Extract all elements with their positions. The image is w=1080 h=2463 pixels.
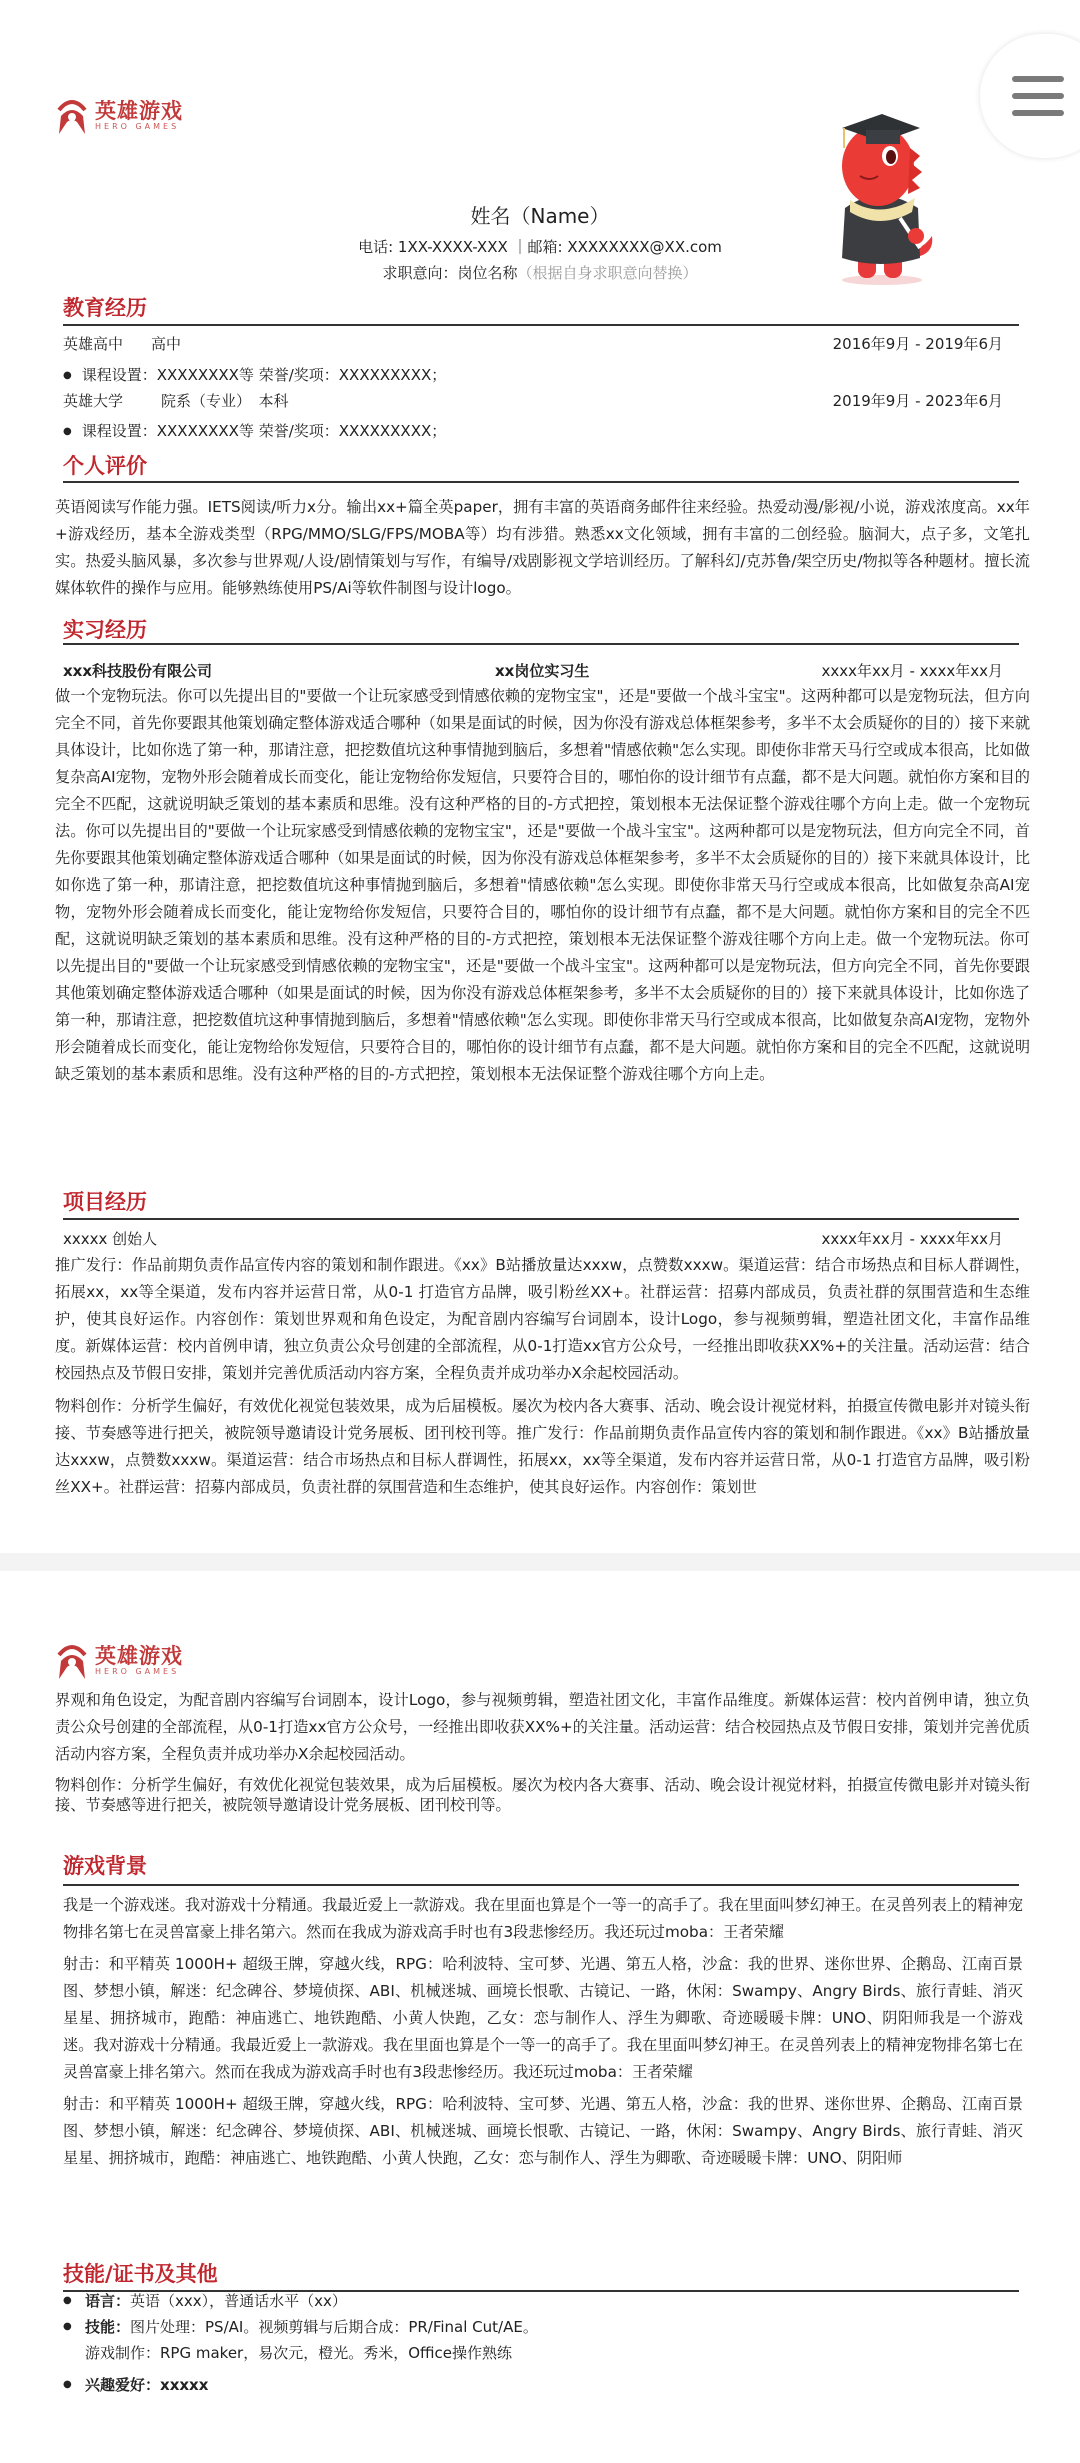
section-title-skills: 技能/证书及其他	[63, 2258, 218, 2288]
section-divider	[63, 324, 1019, 326]
hobby-value: xxxxx	[160, 2374, 208, 2396]
section-title-internship: 实习经历	[63, 614, 147, 644]
project-description-continued: 界观和角色设定，为配音剧内容编写台词剧本，设计Logo，参与视频剪辑，塑造社团文…	[55, 1687, 1030, 1768]
brand-name-en: HERO GAMES	[95, 1667, 183, 1677]
section-title-game-background: 游戏背景	[63, 1850, 147, 1880]
bullet-icon: ●	[63, 2290, 85, 2312]
job-intent-hint: （根据自身求职意向替换）	[518, 264, 698, 282]
bullet-icon: ●	[63, 2316, 85, 2338]
project-materials-text: 物料创作：分析学生偏好，有效优化视觉包装效果，成为后届模板。屡次为校内各大赛事、…	[55, 1775, 1030, 1815]
brand-logo: 英雄游戏 HERO GAMES	[55, 1641, 183, 1681]
section-title-self-evaluation: 个人评价	[63, 450, 147, 480]
section-divider	[63, 643, 1019, 645]
section-divider	[63, 1884, 1019, 1886]
internship-role: xx岗位实习生	[495, 660, 589, 681]
brand-name-en: HERO GAMES	[95, 122, 183, 132]
internship-header: xxx科技股份有限公司 xx岗位实习生 xxxx年xx月 - xxxx年xx月	[63, 660, 1003, 680]
game-background-intro: 我是一个游戏迷。我对游戏十分精通。我最近爱上一款游戏。我在里面也算是个一等一的高…	[63, 1892, 1023, 1946]
skill-game-making: 游戏制作：RPG maker，易次元，橙光。秀米，Office操作熟练	[63, 2342, 538, 2364]
hamburger-line	[1012, 93, 1064, 99]
menu-button[interactable]	[980, 34, 1080, 158]
dinosaur-mascot-image	[820, 108, 950, 288]
brand-name-cn: 英雄游戏	[95, 100, 183, 122]
skills-list: ● 语言： 英语（xxx），普通话水平（xx） ● 技能： 图片处理：PS/AI…	[63, 2290, 538, 2400]
education-courses: 课程设置：XXXXXXXX等 荣誉/奖项：XXXXXXXXX；	[63, 420, 446, 441]
section-divider	[63, 1218, 1019, 1220]
project-header: xxxxx 创始人 xxxx年xx月 - xxxx年xx月	[63, 1228, 1003, 1249]
hero-games-logo-icon	[55, 1641, 89, 1681]
candidate-name: 姓名（Name）	[0, 200, 1080, 229]
internship-description: 做一个宠物玩法。你可以先提出目的"要做一个让玩家感受到情感依赖的宠物宝宝"，还是…	[55, 683, 1030, 1088]
education-date: 2019年9月 - 2023年6月	[833, 390, 1003, 411]
skill-value: 英语（xxx），普通话水平（xx）	[130, 2290, 347, 2312]
job-intent: 求职意向：岗位名称（根据自身求职意向替换）	[0, 262, 1080, 283]
education-date: 2016年9月 - 2019年6月	[833, 333, 1003, 354]
hamburger-menu-icon	[1012, 76, 1064, 82]
school-name: 英雄大学	[63, 390, 123, 411]
resume-page-1: 英雄游戏 HERO GAMES 姓名（Name） 电话: 1XX-XXXX-XX…	[0, 0, 1080, 1553]
skill-language: ● 语言： 英语（xxx），普通话水平（xx）	[63, 2290, 538, 2312]
game-background-list-repeat: 射击：和平精英 1000H+ 超级王牌，穿越火线，RPG：哈利波特、宝可梦、光遇…	[63, 2091, 1023, 2172]
school-name: 英雄高中	[63, 333, 123, 354]
hobby-label: 兴趣爱好：	[85, 2374, 160, 2396]
skill-label: 语言：	[85, 2290, 130, 2312]
contact-info: 电话: 1XX-XXXX-XXX ｜邮箱: XXXXXXXX@XX.com	[0, 236, 1080, 257]
project-description-continued: 物料创作：分析学生偏好，有效优化视觉包装效果，成为后届模板。屡次为校内各大赛事、…	[55, 1393, 1030, 1501]
skill-value: 图片处理：PS/AI。视频剪辑与后期合成：PR/Final Cut/AE。	[130, 2316, 538, 2338]
hamburger-line	[1012, 110, 1064, 116]
bullet-icon: ●	[63, 2374, 85, 2396]
page-break	[0, 1553, 1080, 1571]
hero-games-logo-icon	[55, 96, 89, 136]
game-background-list: 射击：和平精英 1000H+ 超级王牌，穿越火线，RPG：哈利波特、宝可梦、光遇…	[63, 1951, 1023, 2086]
skill-software: ● 技能： 图片处理：PS/AI。视频剪辑与后期合成：PR/Final Cut/…	[63, 2316, 538, 2338]
internship-date: xxxx年xx月 - xxxx年xx月	[822, 660, 1003, 681]
education-entry: 英雄大学 院系（专业） 本科 2019年9月 - 2023年6月	[63, 390, 1003, 411]
brand-logo: 英雄游戏 HERO GAMES	[55, 96, 183, 136]
section-divider	[63, 481, 1019, 483]
company-name: xxx科技股份有限公司	[63, 660, 212, 681]
self-evaluation-text: 英语阅读写作能力强。IETS阅读/听力x分。输出xx+篇全英paper，拥有丰富…	[55, 494, 1030, 602]
degree: 院系（专业） 本科	[161, 390, 289, 411]
brand-name-cn: 英雄游戏	[95, 1645, 183, 1667]
section-title-projects: 项目经历	[63, 1186, 147, 1216]
section-title-education: 教育经历	[63, 292, 147, 322]
skill-label: 技能：	[85, 2316, 130, 2338]
education-entry: 英雄高中 高中 2016年9月 - 2019年6月	[63, 333, 1003, 354]
degree: 高中	[151, 333, 181, 354]
skill-hobby: ● 兴趣爱好： xxxxx	[63, 2374, 538, 2396]
education-courses: 课程设置：XXXXXXXX等 荣誉/奖项：XXXXXXXXX；	[63, 364, 446, 385]
project-date: xxxx年xx月 - xxxx年xx月	[822, 1228, 1003, 1249]
project-name: xxxxx 创始人	[63, 1228, 157, 1249]
job-intent-label: 求职意向：岗位名称	[382, 264, 517, 282]
project-description: 推广发行：作品前期负责作品宣传内容的策划和制作跟进。《xx》B站播放量达xxxw…	[55, 1252, 1030, 1387]
